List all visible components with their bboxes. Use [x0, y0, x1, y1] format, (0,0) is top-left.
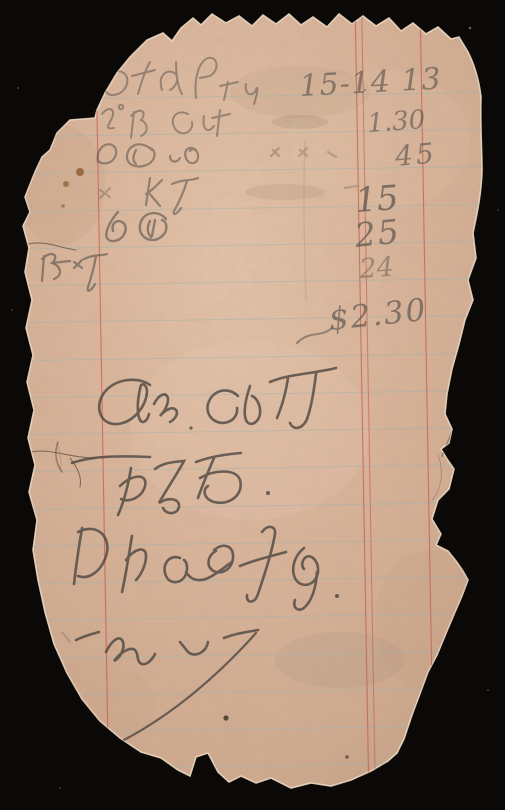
- amount-row-5: 25: [352, 211, 403, 255]
- photo-background: 15-14 13 1.30 45 15 25 24 $2.30: [0, 0, 505, 810]
- amount-row-1: 15-14 13: [299, 62, 443, 104]
- amount-row-3: 45: [393, 136, 438, 173]
- amount-row-2: 1.30: [366, 105, 426, 139]
- note-photo: 15-14 13 1.30 45 15 25 24 $2.30: [0, 0, 505, 810]
- amount-row-6: 24: [357, 252, 394, 285]
